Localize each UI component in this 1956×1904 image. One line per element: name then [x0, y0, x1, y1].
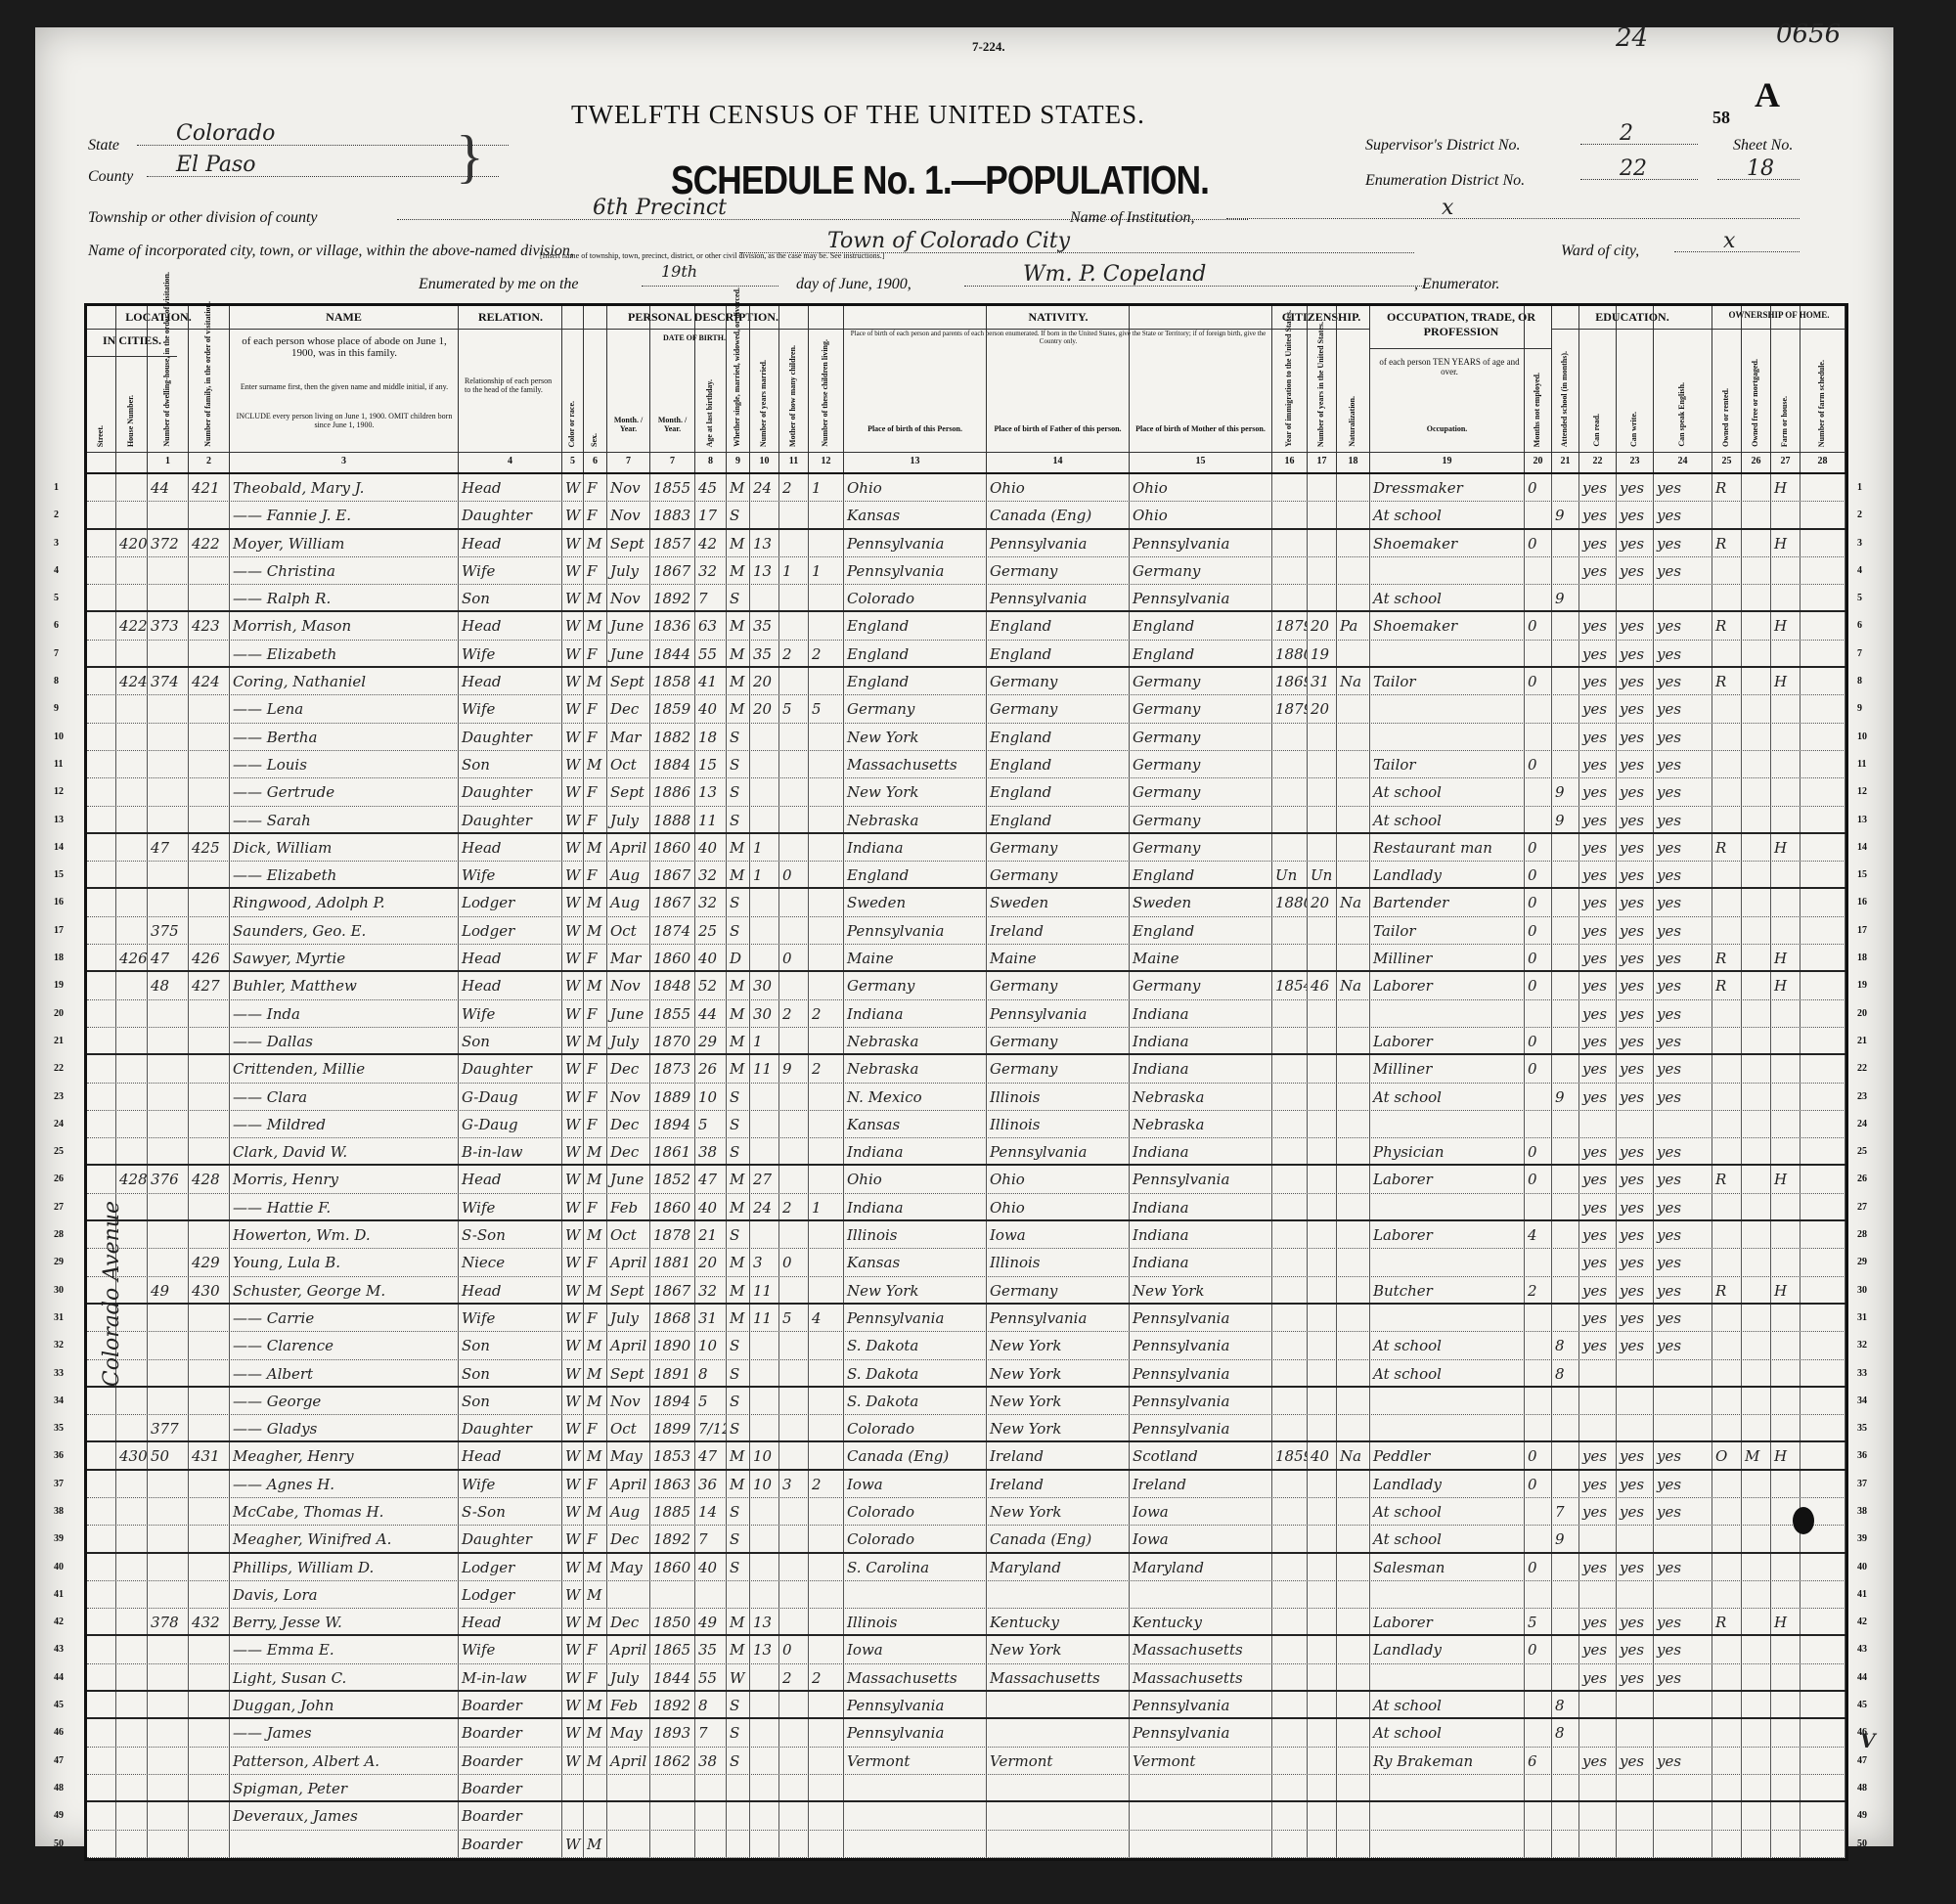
cell-school[interactable] [1552, 1442, 1579, 1468]
cell-marital[interactable]: S [727, 1138, 750, 1164]
cell-unemployed[interactable] [1525, 724, 1552, 750]
cell-street[interactable] [87, 612, 116, 639]
cell-relation[interactable]: Son [459, 751, 562, 777]
cell-owned[interactable] [1712, 1388, 1742, 1414]
cell-immig[interactable] [1272, 585, 1308, 610]
cell-dwelling[interactable]: 48 [148, 972, 189, 998]
ward-field[interactable]: x [1674, 229, 1800, 252]
cell-english[interactable] [1654, 1802, 1712, 1829]
cell-unemployed[interactable] [1525, 557, 1552, 584]
cell-read[interactable]: yes [1579, 834, 1617, 861]
cell-mother-birth[interactable]: Iowa [1130, 1498, 1272, 1525]
cell-house[interactable] [116, 778, 148, 805]
cell-sex[interactable]: M [584, 1748, 607, 1774]
cell-father-birth[interactable]: Ohio [987, 474, 1130, 501]
supervisor-field[interactable]: 2 [1580, 121, 1698, 145]
cell-natur[interactable] [1337, 1415, 1370, 1440]
cell-unemployed[interactable] [1525, 1719, 1552, 1746]
cell-read[interactable] [1579, 585, 1617, 610]
cell-immig[interactable]: 1879 [1272, 612, 1308, 639]
cell-immig[interactable] [1272, 1277, 1308, 1303]
cell-mortgaged[interactable] [1742, 557, 1771, 584]
cell-sex[interactable]: F [584, 1305, 607, 1331]
cell-children-living[interactable] [809, 1692, 844, 1717]
cell-father-birth[interactable] [987, 1802, 1130, 1829]
cell-read[interactable]: yes [1579, 695, 1617, 722]
cell-relation[interactable]: Boarder [459, 1692, 562, 1717]
cell-family[interactable] [189, 807, 230, 832]
cell-children-living[interactable]: 2 [809, 1055, 844, 1082]
cell-name[interactable]: —— Clara [230, 1084, 459, 1110]
cell-english[interactable]: yes [1654, 612, 1712, 639]
cell-age[interactable]: 15 [695, 751, 727, 777]
cell-marital[interactable]: M [727, 695, 750, 722]
cell-sex[interactable]: M [584, 889, 607, 915]
cell-mortgaged[interactable] [1742, 502, 1771, 527]
cell-family[interactable] [189, 1084, 230, 1110]
cell-name[interactable]: —— Gladys [230, 1415, 459, 1440]
cell-school[interactable] [1552, 1249, 1579, 1275]
cell-occupation[interactable]: Laborer [1370, 1166, 1525, 1192]
cell-birth[interactable]: Pennsylvania [844, 557, 987, 584]
cell-birth[interactable]: Vermont [844, 1748, 987, 1774]
cell-immig[interactable] [1272, 1084, 1308, 1110]
sheet-field[interactable]: 18 [1717, 156, 1800, 180]
cell-color[interactable]: W [562, 1554, 584, 1580]
cell-father-birth[interactable] [987, 1719, 1130, 1746]
cell-natur[interactable] [1337, 778, 1370, 805]
cell-relation[interactable]: Daughter [459, 778, 562, 805]
cell-write[interactable]: yes [1617, 1636, 1654, 1662]
cell-year[interactable]: 1858 [650, 668, 695, 694]
cell-street[interactable] [87, 695, 116, 722]
cell-color[interactable]: W [562, 695, 584, 722]
cell-family[interactable] [189, 724, 230, 750]
cell-school[interactable] [1552, 1609, 1579, 1634]
cell-write[interactable]: yes [1617, 1055, 1654, 1082]
cell-mother-birth[interactable]: Indiana [1130, 1249, 1272, 1275]
cell-farm[interactable] [1771, 1388, 1800, 1414]
cell-month[interactable]: Dec [607, 1609, 650, 1634]
cell-children-living[interactable]: 2 [809, 1664, 844, 1690]
cell-birth[interactable]: Colorado [844, 1498, 987, 1525]
cell-children-living[interactable]: 5 [809, 695, 844, 722]
cell-sex[interactable]: M [584, 668, 607, 694]
cell-write[interactable]: yes [1617, 1664, 1654, 1690]
cell-age[interactable]: 14 [695, 1498, 727, 1525]
cell-relation[interactable]: Boarder [459, 1775, 562, 1800]
cell-immig[interactable] [1272, 1498, 1308, 1525]
cell-name[interactable]: —— Christina [230, 557, 459, 584]
cell-farm[interactable]: H [1771, 612, 1800, 639]
cell-family[interactable] [189, 1138, 230, 1164]
cell-color[interactable]: W [562, 1221, 584, 1248]
cell-children-born[interactable]: 1 [779, 557, 809, 584]
cell-name[interactable]: Dick, William [230, 834, 459, 861]
cell-dwelling[interactable] [148, 1055, 189, 1082]
cell-yrs-us[interactable] [1308, 1332, 1337, 1358]
cell-natur[interactable] [1337, 862, 1370, 887]
cell-yrs-us[interactable] [1308, 1194, 1337, 1219]
cell-month[interactable]: Dec [607, 1055, 650, 1082]
cell-yrs-married[interactable]: 13 [750, 530, 779, 556]
cell-father-birth[interactable]: Germany [987, 972, 1130, 998]
cell-immig[interactable] [1272, 557, 1308, 584]
cell-yrs-married[interactable] [750, 724, 779, 750]
cell-street[interactable] [87, 917, 116, 944]
cell-mortgaged[interactable] [1742, 1775, 1771, 1800]
cell-farm-sched[interactable] [1800, 1692, 1845, 1717]
cell-unemployed[interactable]: 0 [1525, 1554, 1552, 1580]
cell-birth[interactable]: Pennsylvania [844, 530, 987, 556]
cell-house[interactable] [116, 972, 148, 998]
cell-read[interactable]: yes [1579, 778, 1617, 805]
cell-family[interactable] [189, 917, 230, 944]
cell-owned[interactable] [1712, 585, 1742, 610]
cell-birth[interactable]: Germany [844, 695, 987, 722]
cell-write[interactable] [1617, 1360, 1654, 1386]
cell-family[interactable]: 421 [189, 474, 230, 501]
cell-yrs-us[interactable] [1308, 502, 1337, 527]
cell-unemployed[interactable] [1525, 1111, 1552, 1137]
cell-english[interactable]: yes [1654, 1084, 1712, 1110]
cell-color[interactable] [562, 1802, 584, 1829]
cell-farm[interactable]: H [1771, 668, 1800, 694]
cell-street[interactable] [87, 889, 116, 915]
cell-write[interactable]: yes [1617, 945, 1654, 970]
cell-mother-birth[interactable]: Indiana [1130, 1194, 1272, 1219]
cell-birth[interactable]: Pennsylvania [844, 1692, 987, 1717]
cell-family[interactable] [189, 1194, 230, 1219]
cell-sex[interactable]: F [584, 1526, 607, 1551]
cell-english[interactable]: yes [1654, 724, 1712, 750]
cell-dwelling[interactable]: 47 [148, 834, 189, 861]
cell-relation[interactable]: Wife [459, 1305, 562, 1331]
cell-mortgaged[interactable] [1742, 1055, 1771, 1082]
cell-family[interactable] [189, 1000, 230, 1027]
cell-yrs-married[interactable]: 11 [750, 1277, 779, 1303]
cell-write[interactable]: yes [1617, 1748, 1654, 1774]
cell-month[interactable]: Nov [607, 1388, 650, 1414]
cell-write[interactable]: yes [1617, 695, 1654, 722]
cell-school[interactable] [1552, 1775, 1579, 1800]
cell-farm-sched[interactable] [1800, 1748, 1845, 1774]
cell-relation[interactable]: Wife [459, 557, 562, 584]
cell-owned[interactable] [1712, 1415, 1742, 1440]
cell-write[interactable] [1617, 1802, 1654, 1829]
cell-mortgaged[interactable] [1742, 585, 1771, 610]
cell-occupation[interactable]: At school [1370, 1692, 1525, 1717]
cell-read[interactable] [1579, 1388, 1617, 1414]
cell-immig[interactable] [1272, 1000, 1308, 1027]
cell-immig[interactable]: 1859 [1272, 1442, 1308, 1468]
cell-mother-birth[interactable] [1130, 1831, 1272, 1857]
cell-owned[interactable] [1712, 1636, 1742, 1662]
cell-english[interactable]: yes [1654, 862, 1712, 887]
cell-father-birth[interactable]: Ohio [987, 1166, 1130, 1192]
cell-immig[interactable] [1272, 1664, 1308, 1690]
cell-read[interactable]: yes [1579, 530, 1617, 556]
cell-dwelling[interactable]: 375 [148, 917, 189, 944]
cell-marital[interactable]: M [727, 1305, 750, 1331]
cell-unemployed[interactable]: 0 [1525, 1055, 1552, 1082]
cell-mortgaged[interactable] [1742, 1802, 1771, 1829]
cell-birth[interactable]: Massachusetts [844, 1664, 987, 1690]
cell-english[interactable]: yes [1654, 530, 1712, 556]
cell-english[interactable]: yes [1654, 1166, 1712, 1192]
cell-children-born[interactable]: 9 [779, 1055, 809, 1082]
cell-mortgaged[interactable] [1742, 917, 1771, 944]
cell-marital[interactable]: M [727, 1055, 750, 1082]
cell-children-living[interactable] [809, 1526, 844, 1551]
cell-yrs-us[interactable] [1308, 1775, 1337, 1800]
cell-occupation[interactable] [1370, 1194, 1525, 1219]
cell-marital[interactable] [727, 1775, 750, 1800]
cell-farm[interactable] [1771, 1664, 1800, 1690]
cell-unemployed[interactable]: 2 [1525, 1277, 1552, 1303]
cell-birth[interactable]: Kansas [844, 1249, 987, 1275]
cell-immig[interactable] [1272, 778, 1308, 805]
cell-school[interactable] [1552, 945, 1579, 970]
cell-dwelling[interactable]: 373 [148, 612, 189, 639]
cell-farm[interactable] [1771, 1636, 1800, 1662]
cell-children-living[interactable] [809, 1719, 844, 1746]
cell-mortgaged[interactable] [1742, 641, 1771, 666]
cell-natur[interactable] [1337, 1719, 1370, 1746]
cell-immig[interactable] [1272, 724, 1308, 750]
cell-yrs-married[interactable]: 13 [750, 557, 779, 584]
cell-month[interactable]: Nov [607, 502, 650, 527]
cell-yrs-married[interactable] [750, 1332, 779, 1358]
cell-relation[interactable]: Wife [459, 862, 562, 887]
cell-unemployed[interactable] [1525, 1831, 1552, 1857]
cell-year[interactable]: 1867 [650, 557, 695, 584]
cell-natur[interactable] [1337, 474, 1370, 501]
cell-name[interactable]: —— Mildred [230, 1111, 459, 1137]
cell-unemployed[interactable]: 0 [1525, 1138, 1552, 1164]
cell-farm[interactable] [1771, 1221, 1800, 1248]
cell-color[interactable]: W [562, 474, 584, 501]
cell-owned[interactable] [1712, 1249, 1742, 1275]
cell-yrs-us[interactable]: 20 [1308, 889, 1337, 915]
cell-color[interactable]: W [562, 1692, 584, 1717]
cell-natur[interactable] [1337, 1277, 1370, 1303]
cell-age[interactable] [695, 1802, 727, 1829]
cell-yrs-married[interactable] [750, 751, 779, 777]
cell-occupation[interactable]: Peddler [1370, 1442, 1525, 1468]
cell-unemployed[interactable]: 0 [1525, 972, 1552, 998]
cell-age[interactable]: 5 [695, 1388, 727, 1414]
cell-father-birth[interactable]: Illinois [987, 1249, 1130, 1275]
cell-children-born[interactable] [779, 807, 809, 832]
cell-family[interactable] [189, 1332, 230, 1358]
cell-mother-birth[interactable]: Germany [1130, 972, 1272, 998]
cell-birth[interactable]: N. Mexico [844, 1084, 987, 1110]
cell-marital[interactable]: S [727, 807, 750, 832]
cell-read[interactable]: yes [1579, 1305, 1617, 1331]
cell-year[interactable]: 1855 [650, 1000, 695, 1027]
cell-children-living[interactable] [809, 1748, 844, 1774]
cell-name[interactable]: —— Ralph R. [230, 585, 459, 610]
cell-occupation[interactable] [1370, 1415, 1525, 1440]
cell-natur[interactable] [1337, 1554, 1370, 1580]
cell-occupation[interactable]: Tailor [1370, 917, 1525, 944]
cell-relation[interactable]: Head [459, 474, 562, 501]
cell-farm-sched[interactable] [1800, 1554, 1845, 1580]
cell-mother-birth[interactable]: England [1130, 917, 1272, 944]
cell-farm-sched[interactable] [1800, 1388, 1845, 1414]
cell-relation[interactable]: Boarder [459, 1802, 562, 1829]
cell-mother-birth[interactable]: Scotland [1130, 1442, 1272, 1468]
cell-color[interactable]: W [562, 502, 584, 527]
cell-owned[interactable]: R [1712, 530, 1742, 556]
cell-month[interactable]: July [607, 807, 650, 832]
cell-occupation[interactable] [1370, 1388, 1525, 1414]
cell-name[interactable]: Meagher, Winifred A. [230, 1526, 459, 1551]
cell-yrs-us[interactable] [1308, 1028, 1337, 1053]
cell-farm[interactable]: H [1771, 1166, 1800, 1192]
cell-marital[interactable]: M [727, 1609, 750, 1634]
cell-immig[interactable] [1272, 917, 1308, 944]
cell-english[interactable]: yes [1654, 1138, 1712, 1164]
cell-yrs-married[interactable]: 35 [750, 612, 779, 639]
cell-school[interactable] [1552, 889, 1579, 915]
cell-age[interactable] [695, 1831, 727, 1857]
cell-relation[interactable]: Head [459, 1277, 562, 1303]
cell-age[interactable]: 8 [695, 1360, 727, 1386]
cell-yrs-married[interactable] [750, 1664, 779, 1690]
cell-immig[interactable] [1272, 1194, 1308, 1219]
cell-father-birth[interactable]: England [987, 778, 1130, 805]
cell-unemployed[interactable] [1525, 641, 1552, 666]
cell-marital[interactable]: S [727, 751, 750, 777]
cell-house[interactable] [116, 807, 148, 832]
cell-year[interactable]: 1867 [650, 889, 695, 915]
cell-children-living[interactable] [809, 1581, 844, 1608]
cell-street[interactable] [87, 807, 116, 832]
cell-age[interactable]: 8 [695, 1692, 727, 1717]
cell-color[interactable]: W [562, 1388, 584, 1414]
cell-marital[interactable]: D [727, 945, 750, 970]
cell-street[interactable] [87, 1775, 116, 1800]
cell-read[interactable]: yes [1579, 641, 1617, 666]
cell-yrs-married[interactable]: 1 [750, 1028, 779, 1053]
cell-school[interactable] [1552, 668, 1579, 694]
cell-read[interactable]: yes [1579, 1084, 1617, 1110]
cell-sex[interactable]: M [584, 1277, 607, 1303]
cell-dwelling[interactable] [148, 1138, 189, 1164]
cell-marital[interactable]: S [727, 1692, 750, 1717]
cell-birth[interactable]: Colorado [844, 1526, 987, 1551]
cell-yrs-us[interactable] [1308, 1664, 1337, 1690]
cell-farm-sched[interactable] [1800, 1166, 1845, 1192]
cell-yrs-married[interactable] [750, 917, 779, 944]
cell-father-birth[interactable]: Ireland [987, 1442, 1130, 1468]
cell-owned[interactable] [1712, 1194, 1742, 1219]
cell-age[interactable]: 40 [695, 695, 727, 722]
cell-farm[interactable]: H [1771, 1442, 1800, 1468]
cell-color[interactable]: W [562, 668, 584, 694]
cell-month[interactable]: Mar [607, 724, 650, 750]
cell-farm-sched[interactable] [1800, 972, 1845, 998]
cell-children-living[interactable] [809, 1831, 844, 1857]
cell-dwelling[interactable] [148, 807, 189, 832]
cell-color[interactable]: W [562, 1664, 584, 1690]
cell-family[interactable] [189, 1471, 230, 1497]
cell-owned[interactable]: R [1712, 474, 1742, 501]
cell-unemployed[interactable]: 0 [1525, 530, 1552, 556]
cell-farm-sched[interactable] [1800, 1138, 1845, 1164]
cell-year[interactable]: 1860 [650, 945, 695, 970]
cell-children-living[interactable] [809, 945, 844, 970]
cell-month[interactable]: May [607, 1719, 650, 1746]
cell-year[interactable]: 1860 [650, 834, 695, 861]
cell-sex[interactable] [584, 1802, 607, 1829]
cell-street[interactable] [87, 834, 116, 861]
cell-dwelling[interactable] [148, 1249, 189, 1275]
cell-natur[interactable] [1337, 557, 1370, 584]
cell-father-birth[interactable]: New York [987, 1388, 1130, 1414]
cell-children-living[interactable] [809, 724, 844, 750]
cell-yrs-married[interactable] [750, 945, 779, 970]
cell-children-born[interactable] [779, 1277, 809, 1303]
cell-street[interactable] [87, 1000, 116, 1027]
cell-read[interactable] [1579, 1719, 1617, 1746]
cell-school[interactable] [1552, 1277, 1579, 1303]
cell-mother-birth[interactable]: Pennsylvania [1130, 530, 1272, 556]
cell-english[interactable]: yes [1654, 502, 1712, 527]
cell-mortgaged[interactable] [1742, 1332, 1771, 1358]
cell-natur[interactable] [1337, 1249, 1370, 1275]
cell-farm-sched[interactable] [1800, 1277, 1845, 1303]
cell-year[interactable]: 1848 [650, 972, 695, 998]
cell-age[interactable]: 13 [695, 778, 727, 805]
cell-house[interactable] [116, 585, 148, 610]
cell-write[interactable]: yes [1617, 834, 1654, 861]
cell-mortgaged[interactable] [1742, 1388, 1771, 1414]
cell-house[interactable] [116, 1028, 148, 1053]
cell-read[interactable] [1579, 1831, 1617, 1857]
cell-dwelling[interactable] [148, 557, 189, 584]
cell-house[interactable]: 424 [116, 668, 148, 694]
cell-family[interactable] [189, 778, 230, 805]
cell-month[interactable]: June [607, 641, 650, 666]
cell-marital[interactable]: S [727, 1388, 750, 1414]
cell-year[interactable]: 1892 [650, 1526, 695, 1551]
cell-occupation[interactable]: Shoemaker [1370, 612, 1525, 639]
cell-english[interactable] [1654, 1526, 1712, 1551]
cell-farm[interactable] [1771, 695, 1800, 722]
cell-year[interactable]: 1863 [650, 1471, 695, 1497]
cell-children-born[interactable] [779, 502, 809, 527]
cell-immig[interactable] [1272, 1111, 1308, 1137]
cell-color[interactable]: W [562, 1471, 584, 1497]
cell-marital[interactable]: S [727, 1221, 750, 1248]
cell-school[interactable]: 9 [1552, 1084, 1579, 1110]
cell-children-born[interactable] [779, 1692, 809, 1717]
cell-children-living[interactable] [809, 1775, 844, 1800]
cell-sex[interactable]: M [584, 751, 607, 777]
cell-month[interactable]: April [607, 1332, 650, 1358]
cell-family[interactable] [189, 1111, 230, 1137]
cell-immig[interactable] [1272, 1692, 1308, 1717]
cell-sex[interactable]: M [584, 1719, 607, 1746]
cell-mortgaged[interactable] [1742, 1719, 1771, 1746]
cell-birth[interactable]: Kansas [844, 1111, 987, 1137]
cell-name[interactable]: Spigman, Peter [230, 1775, 459, 1800]
cell-farm-sched[interactable] [1800, 1111, 1845, 1137]
cell-marital[interactable]: M [727, 1277, 750, 1303]
